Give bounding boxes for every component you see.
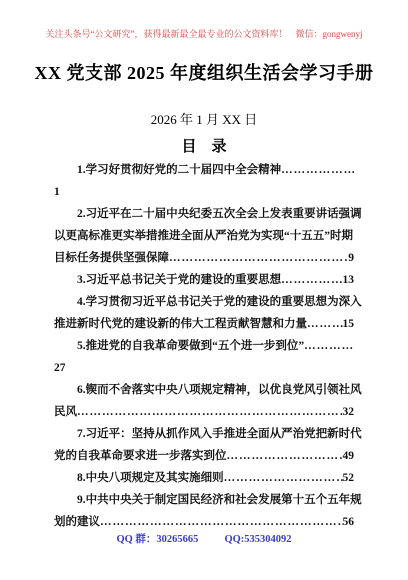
dot-leader: ………………………………………………………………………………………………………… (227, 445, 343, 467)
toc-entry-line: 3.习近平总书记关于党的建设的重要思想………………………………………………………… (54, 269, 354, 291)
page-title: XX 党支部 2025 年度组织生活会学习手册 (0, 59, 408, 85)
toc-entry-line: 9.中共中央关于制定国民经济和社会发展第十五个五年规 (54, 489, 354, 511)
toc-entry-text: 6.锲而不舍落实中央八项规定精神，以优良党风引领社风 (77, 379, 362, 401)
wechat-contact: 微信：gongwenyj (296, 29, 363, 39)
toc-page-number: 13 (343, 269, 355, 291)
toc-entry-text: 5.推进党的自我革命要做到“五个进一步到位” (77, 335, 304, 357)
toc-entry-text: 以更高标准更实举措推进全面从严治党为实现“十五五”时期 (54, 225, 353, 247)
toc-entry-line: 4.学习贯彻习近平总书记关于党的建设的重要思想为深入 (54, 291, 354, 313)
toc-entry-text: 推进新时代党的建设新的伟大工程贡献智慧和力量 (54, 313, 307, 335)
toc-entry-line: 党的自我革命要求进一步落实到位…………………………………………………………………… (54, 445, 354, 467)
toc-entry-line: 目标任务提供坚强保障………………………………………………………………………………… (54, 247, 354, 269)
toc-entry-line: 5.推进党的自我革命要做到“五个进一步到位”………………………………………………… (54, 335, 354, 357)
dot-leader: ………………………………………………………………………………………………………… (281, 159, 354, 181)
toc-entry-text: 27 (54, 357, 66, 379)
toc-entry-text: 9.中共中央关于制定国民经济和社会发展第十五个五年规 (77, 489, 362, 511)
toc-entry-text: 3.习近平总书记关于党的建设的重要思想 (77, 269, 281, 291)
toc-entry-text: 1.学习好贯彻好党的二十届四中全会精神 (77, 159, 281, 181)
toc-entry-line: 1.学习好贯彻好党的二十届四中全会精神………………………………………………………… (54, 159, 354, 181)
toc-entry-line: 27 (54, 357, 354, 379)
toc-entry-line: 6.锲而不舍落实中央八项规定精神，以优良党风引领社风 (54, 379, 354, 401)
toc-page-number: 9 (348, 247, 354, 269)
toc-entry-line: 7.习近平：坚持从抓作风入手推进全面从严治党把新时代 (54, 423, 354, 445)
toc-list: 1.学习好贯彻好党的二十届四中全会精神………………………………………………………… (54, 159, 354, 533)
toc-entry-text: 8.中央八项规定及其实施细则 (77, 467, 224, 489)
toc-entry-text: 党的自我革命要求进一步落实到位 (54, 445, 227, 467)
dot-leader: ………………………………………………………………………………………………………… (169, 247, 348, 269)
toc-page-number: 49 (343, 445, 355, 467)
dot-leader: ………………………………………………………………………………………………………… (307, 313, 343, 335)
toc-entry-line: 划的建议………………………………………………………………………………………………… (54, 511, 354, 533)
toc-heading: 目 录 (0, 135, 408, 156)
qq-footer: QQ 群：30265665QQ:535304092 (0, 531, 408, 546)
toc-entry-text: 民风 (54, 401, 77, 423)
toc-page-number: 52 (343, 467, 355, 489)
promo-header: 关注头条号“公文研究”，获得最新最全最专业的公文资料库！微信：gongwenyj (0, 27, 408, 40)
toc-page-number: 32 (343, 401, 355, 423)
dot-leader: ………………………………………………………………………………………………………… (281, 269, 342, 291)
toc-entry-line: 以更高标准更实举措推进全面从严治党为实现“十五五”时期 (54, 225, 354, 247)
toc-entry-line: 2.习近平在二十届中央纪委五次全会上发表重要讲话强调 (54, 203, 354, 225)
dot-leader: ………………………………………………………………………………………………………… (224, 467, 343, 489)
promo-header-text: 关注头条号“公文研究”，获得最新最全最专业的公文资料库！ (46, 29, 288, 39)
toc-entry-line: 民风……………………………………………………………………………………………………… (54, 401, 354, 423)
toc-entry-text: 划的建议 (54, 511, 100, 533)
qq-contact: QQ:535304092 (224, 534, 291, 545)
toc-entry-text: 4.学习贯彻习近平总书记关于党的建设的重要思想为深入 (77, 291, 362, 313)
toc-entry-line: 推进新时代党的建设新的伟大工程贡献智慧和力量………………………………………………… (54, 313, 354, 335)
toc-entry-text: 7.习近平：坚持从抓作风入手推进全面从严治党把新时代 (77, 423, 362, 445)
document-page: 关注头条号“公文研究”，获得最新最全最专业的公文资料库！微信：gongwenyj… (0, 0, 408, 580)
toc-entry-line: 8.中央八项规定及其实施细则……………………………………………………………………… (54, 467, 354, 489)
toc-entry-text: 1 (54, 181, 60, 203)
qq-group-contact: QQ 群：30265665 (116, 534, 198, 545)
toc-entry-line: 1 (54, 181, 354, 203)
toc-page-number: 56 (343, 511, 355, 533)
document-date: 2026 年 1 月 XX 日 (0, 109, 408, 128)
toc-entry-text: 2.习近平在二十届中央纪委五次全会上发表重要讲话强调 (77, 203, 362, 225)
toc-page-number: 15 (343, 313, 355, 335)
toc-entry-text: 目标任务提供坚强保障 (54, 247, 169, 269)
dot-leader: ………………………………………………………………………………………………………… (304, 335, 354, 357)
dot-leader: ………………………………………………………………………………………………………… (77, 401, 343, 423)
dot-leader: ………………………………………………………………………………………………………… (100, 511, 343, 533)
